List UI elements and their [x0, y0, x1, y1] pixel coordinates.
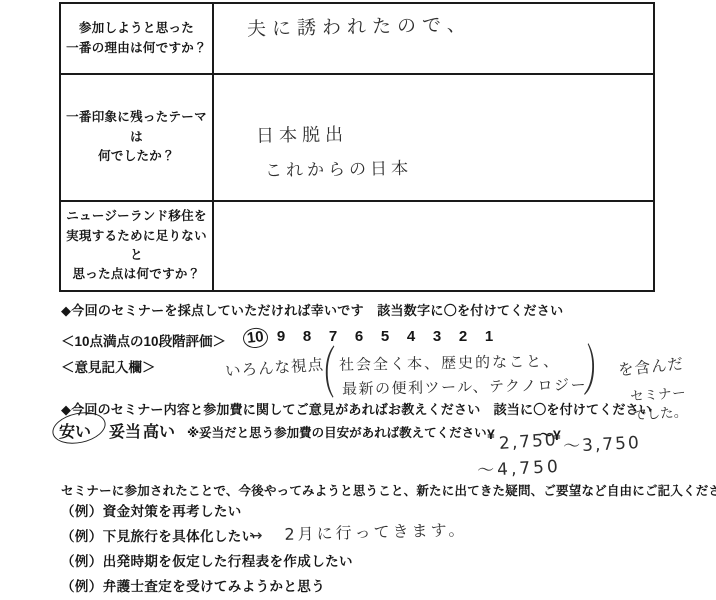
handwritten-price-mid: ～3,750	[562, 428, 641, 457]
handwritten-opinion-tail1: を含んだ	[617, 352, 685, 381]
rating-number-2: 2	[450, 328, 476, 348]
answer-theme-cell: 日本脱出 これからの日本	[214, 75, 653, 202]
example-item-lawyer: （例）弁護士査定を受けてみようかと思う	[61, 575, 325, 595]
rating-number-3: 3	[424, 328, 450, 348]
example-item-scouting-trip: （例）下見旅行を具体化したい	[61, 525, 256, 545]
fee-option-cheap: 安い	[59, 419, 91, 442]
question-lacking-line3: 思った点は何ですか？	[72, 265, 200, 284]
question-reason-line2: 一番の理由は何ですか？	[66, 39, 207, 58]
question-theme-line2: 何でしたか？	[98, 147, 175, 166]
handwritten-paren-close: ）	[582, 344, 614, 407]
yen-sign-first: ¥	[487, 426, 495, 442]
handwritten-price-low: 2,750	[498, 430, 558, 454]
fee-option-expensive: 高い	[143, 419, 175, 442]
question-lacking-line1: ニュージーランド移住を	[66, 207, 207, 226]
rating-number-5: 5	[372, 328, 398, 348]
question-reason: 参加しようと思った 一番の理由は何ですか？	[61, 4, 214, 75]
answer-reason-cell: 夫に誘われたので、	[214, 4, 653, 75]
handwritten-price-high: ～4,750	[476, 452, 561, 481]
rating-number-row: 10 9 8 7 6 5 4 3 2 1	[242, 328, 502, 348]
fee-option-fair: 妥当	[109, 419, 141, 442]
handwritten-answer-reason: 夫に誘われたので、	[247, 10, 472, 42]
free-comment-heading: セミナーに参加されたことで、今後やってみようと思うこと、新たに出てきた疑問、ご要…	[61, 481, 716, 499]
question-theme-line1: 一番印象に残ったテーマは	[61, 108, 212, 147]
question-theme: 一番印象に残ったテーマは 何でしたか？	[61, 75, 214, 202]
handwritten-opinion-inside-line1: 社会全く本、歴史的なこと、	[339, 350, 560, 375]
question-lacking: ニュージーランド移住を 実現するために足りないと 思った点は何ですか？	[61, 202, 214, 290]
example-item-funds: （例）資金対策を再考したい	[61, 500, 242, 520]
rating-number-10-circled: 10	[242, 328, 268, 348]
handdrawn-circle-mark: 10	[242, 327, 269, 349]
rating-number-4: 4	[398, 328, 424, 348]
question-lacking-line2: 実現するために足りないと	[61, 227, 212, 266]
rating-number-6: 6	[346, 328, 372, 348]
question-reason-line1: 参加しようと思った	[79, 19, 194, 38]
handwritten-answer-theme-line1: 日本脱出	[256, 120, 348, 148]
scanned-survey-form: 参加しようと思った 一番の理由は何ですか？ 夫に誘われたので、 一番印象に残った…	[0, 0, 716, 600]
opinion-field-label: ＜意見記入欄＞	[61, 356, 156, 376]
fee-section-heading: ◆今回のセミナー内容と参加費に関してご意見があればお教えください 該当に〇を付け…	[61, 399, 652, 418]
handwritten-trip-note: → 2月に行ってきます。	[249, 517, 468, 546]
rating-section-heading: ◆今回のセミナーを採点していただければ幸いです 該当数字に〇を付けてください	[61, 300, 563, 319]
rating-number-9: 9	[268, 328, 294, 348]
question-table: 参加しようと思った 一番の理由は何ですか？ 夫に誘われたので、 一番印象に残った…	[59, 2, 655, 292]
example-item-itinerary: （例）出発時期を仮定した行程表を作成したい	[61, 550, 353, 570]
handwritten-paren-open: （	[307, 345, 336, 403]
handwritten-answer-theme-line2: これからの日本	[265, 154, 412, 182]
rating-scale-label: ＜10点満点の10段階評価＞	[61, 330, 226, 350]
answer-lacking-cell-empty	[214, 202, 653, 290]
handwritten-opinion-inside-line2: 最新の便利ツール、テクノロジー	[342, 374, 587, 399]
rating-number-1: 1	[476, 328, 502, 348]
fee-note: ※妥当だと思う参加費の目安があれば教えてください	[187, 423, 487, 441]
